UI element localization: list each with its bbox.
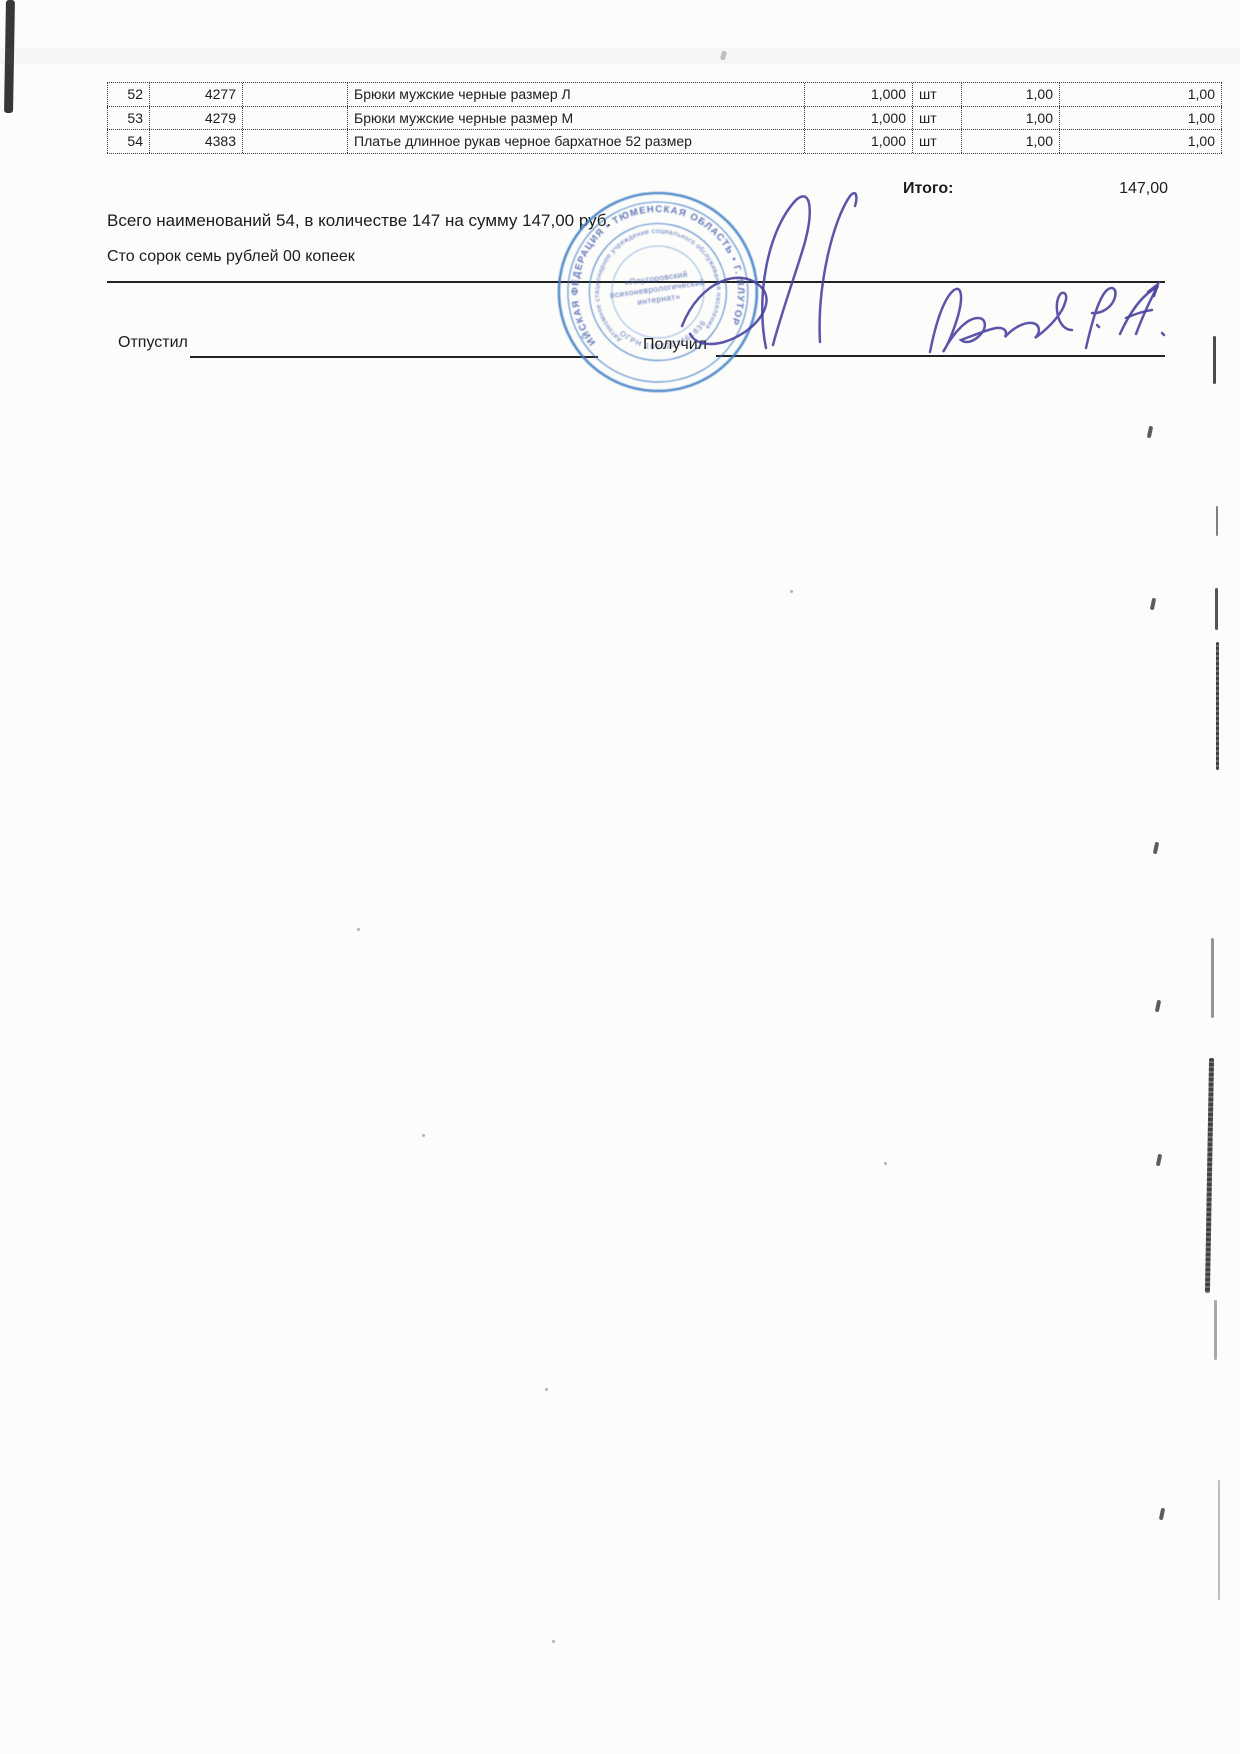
scan-artifact [357,928,360,931]
table-row: 52 4277 Брюки мужские черные размер Л 1,… [107,83,1222,107]
table-row: 54 4383 Платье длинное рукав черное барх… [107,130,1222,154]
sum-cell: 1,00 [1060,130,1222,153]
items-table: 52 4277 Брюки мужские черные размер Л 1,… [107,82,1222,154]
scan-artifact [1211,938,1214,1018]
scan-artifact [1155,1000,1161,1013]
scan-artifact [1156,1154,1162,1167]
scan-artifact [1216,642,1219,770]
scan-artifact [884,1162,887,1165]
scan-artifact [1153,842,1159,855]
table-row: 53 4279 Брюки мужские черные размер М 1,… [107,107,1222,131]
scan-artifact [0,48,1240,64]
item-code-cell: 4279 [150,107,243,130]
row-number-cell: 54 [107,130,150,153]
blank-cell [243,83,348,106]
price-cell: 1,00 [962,130,1060,153]
item-code-cell: 4383 [150,130,243,153]
total-value: 147,00 [1040,180,1168,198]
scan-artifact [1150,598,1156,611]
released-by-signature-line [190,356,598,358]
scan-artifact [545,1388,548,1391]
scan-artifact [1159,1508,1165,1521]
scan-artifact [1147,426,1153,439]
total-label: Итого: [903,180,953,198]
organization-round-stamp: РОССИЙСКАЯ ФЕДЕРАЦИЯ • ТЮМЕНСКАЯ ОБЛАСТЬ… [538,170,778,415]
summary-line: Всего наименований 54, в количестве 147 … [107,211,611,231]
blank-cell [243,130,348,153]
item-name-cell: Брюки мужские черные размер Л [348,83,805,106]
scan-artifact [1213,336,1216,384]
quantity-cell: 1,000 [805,130,913,153]
scan-artifact [790,590,793,593]
quantity-cell: 1,000 [805,107,913,130]
received-by-label: Получил [643,336,707,354]
scan-artifact [1218,1480,1220,1600]
item-name-cell: Платье длинное рукав черное бархатное 52… [348,130,805,153]
released-by-label: Отпустил [118,334,188,352]
sum-cell: 1,00 [1060,107,1222,130]
unit-cell: шт [913,107,962,130]
scan-artifact [422,1134,425,1137]
item-name-cell: Брюки мужские черные размер М [348,107,805,130]
sum-cell: 1,00 [1060,83,1222,106]
unit-cell: шт [913,130,962,153]
received-by-signature-line [716,355,1165,357]
item-code-cell: 4277 [150,83,243,106]
row-number-cell: 53 [107,107,150,130]
quantity-cell: 1,000 [805,83,913,106]
scan-artifact [1214,1300,1217,1360]
row-number-cell: 52 [107,83,150,106]
scan-artifact [1205,1058,1214,1293]
price-cell: 1,00 [962,107,1060,130]
blank-cell [243,107,348,130]
price-cell: 1,00 [962,83,1060,106]
scan-artifact [1216,506,1218,536]
unit-cell: шт [913,83,962,106]
scan-artifact [552,1640,555,1643]
amount-in-words: Сто сорок семь рублей 00 копеек [107,248,355,266]
scanned-invoice-page: 52 4277 Брюки мужские черные размер Л 1,… [0,0,1240,1754]
scan-artifact [1215,588,1218,630]
